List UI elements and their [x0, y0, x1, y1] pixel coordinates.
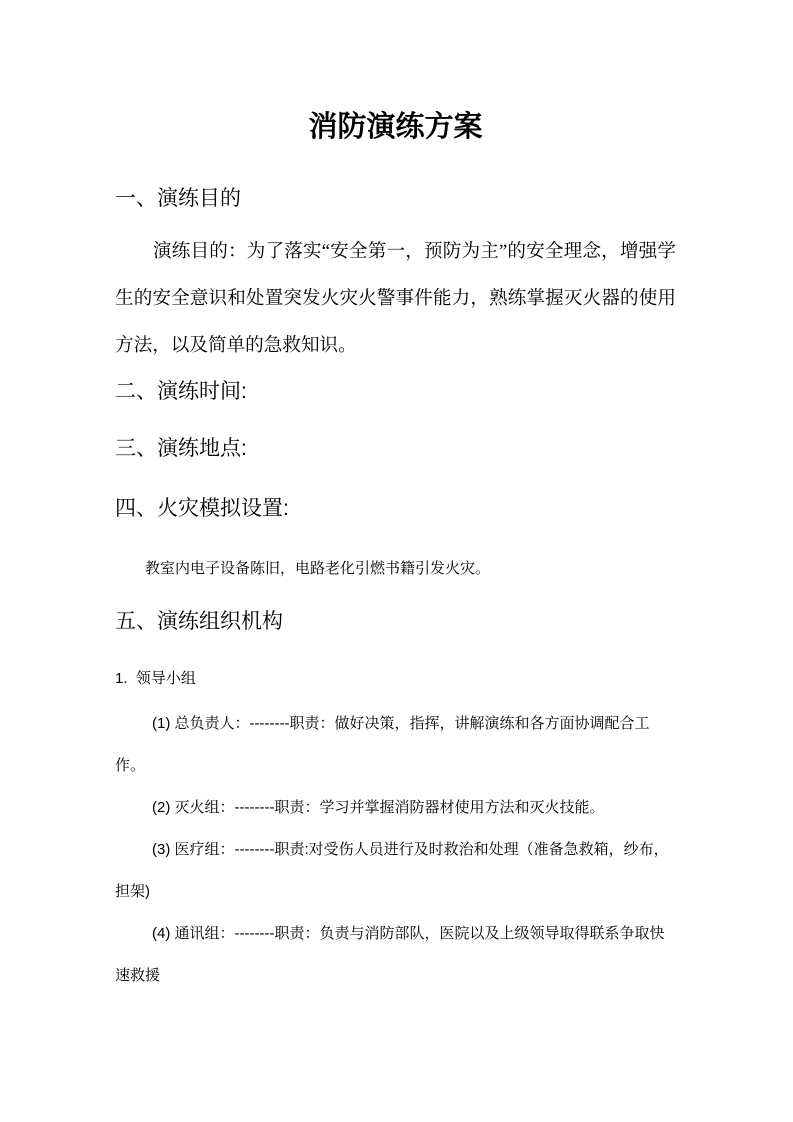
document-page: 消防演练方案 一、演练目的 演练目的：为了落实“安全第一，预防为主”的安全理念，…: [0, 0, 793, 1122]
paragraph-purpose: 演练目的：为了落实“安全第一，预防为主”的安全理念，增强学生的安全意识和处置突发…: [115, 228, 676, 369]
duty-item-medical-team: (3) 医疗组：--------职责:对受伤人员进行及时救治和处理（准备急救箱，…: [115, 829, 676, 913]
duty-item-firefighting-team: (2) 灭火组：--------职责：学习并掌握消防器材使用方法和灭火技能。: [115, 787, 676, 829]
section-heading-time: 二、演练时间:: [115, 378, 676, 406]
duty-list: (1) 总负责人：--------职责：做好决策，指挥，讲解演练和各方面协调配合…: [115, 703, 676, 997]
duty-item-communication-team: (4) 通讯组：--------职责：负责与消防部队，医院以及上级领导取得联系争…: [115, 913, 676, 997]
group-title-leadership: 1. 领导小组: [115, 668, 676, 689]
section-heading-purpose: 一、演练目的: [115, 185, 676, 213]
section-heading-fire-simulation: 四、火灾模拟设置:: [115, 495, 676, 523]
paragraph-fire-simulation: 教室内电子设备陈旧，电路老化引燃书籍引发火灾。: [115, 558, 676, 579]
doc-title: 消防演练方案: [115, 108, 676, 146]
section-heading-organization: 五、演练组织机构: [115, 608, 676, 636]
section-heading-location: 三、演练地点:: [115, 435, 676, 463]
duty-item-general-director: (1) 总负责人：--------职责：做好决策，指挥，讲解演练和各方面协调配合…: [115, 703, 676, 787]
